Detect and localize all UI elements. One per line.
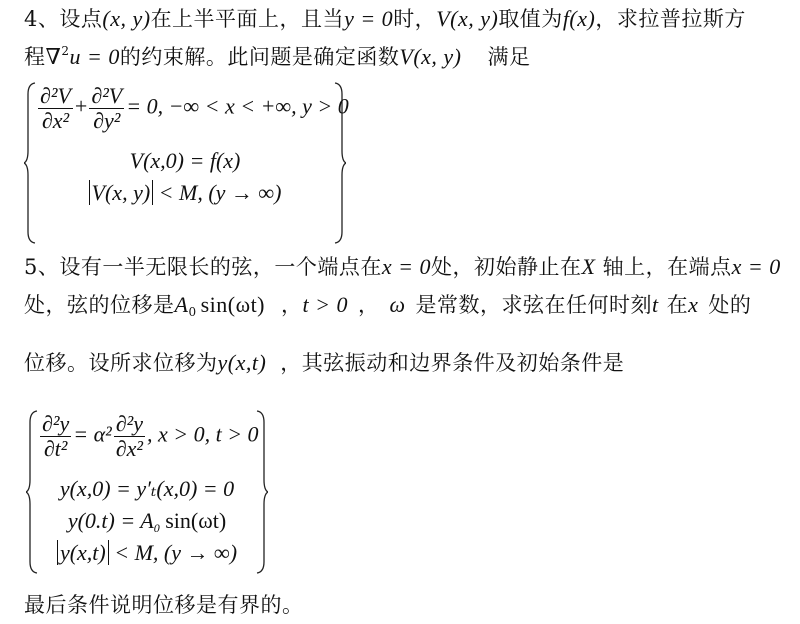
problem5-line2: 处，弦的位移是A0sin(ωt)，t > 0，ω是常数，求弦在任何时刻t在x处的 [24,290,751,327]
bounded-condition: y(x,t) < M, (y → ∞) [26,540,268,566]
subscript: 0 [188,305,196,319]
equation-rest: < M, (y → ∞) [114,540,237,565]
text: 在 [667,293,689,317]
initial-condition: y(x,0) = y′ₜ(x,0) = 0 [26,476,268,502]
numerator: ∂²V [38,84,73,109]
math-omega: ω [389,292,405,317]
problem4-equation-system: ∂²V∂x²+∂²V∂y²= 0, −∞ < x < +∞, y > 0 V(x… [24,82,346,244]
text: 处，初始静止在 [431,255,582,279]
equation-part: sin(ωt) [160,508,226,533]
equation-rest: = 0, −∞ < x < +∞, y > 0 [126,94,348,119]
math-amplitude: A [175,292,189,317]
problem4-number: 4、设点 [24,7,102,31]
math-t: t [652,292,659,317]
math-sin: sin(ωt) [201,292,265,317]
text: 程 [24,45,46,69]
text: 是常数，求弦在任何时刻 [416,293,653,317]
text: 在上半平面上，且当 [151,7,345,31]
problem5-equation-system: ∂²y∂t²= α²∂²y∂x², x > 0, t > 0 y(x,0) = … [26,410,268,574]
abs-value: y(x,t) [57,540,109,565]
text: ，其弦振动和边界条件及初始条件是 [280,351,624,375]
bounded-condition: V(x, y) < M, (y → ∞) [24,180,346,206]
text: 处的 [708,293,751,317]
problem4-line2: 程∇2u = 0的约束解。此问题是确定函数V(x, y)满足 [24,36,531,72]
text: 的约束解。此问题是确定函数 [120,45,400,69]
equation-part: y(0.t) = A [68,508,154,533]
text: ，求拉普拉斯方 [595,7,746,31]
plus-sign: + [75,94,87,119]
math-x0: x = 0 [732,254,781,279]
text: 处，弦的位移是 [24,293,175,317]
nabla-symbol: ∇ [46,44,62,69]
equation-mid: = α² [73,422,112,447]
superscript: 2 [61,44,69,58]
denominator: ∂x² [38,109,73,133]
numerator: ∂²V [89,84,124,109]
math-x: x [688,292,698,317]
numerator: ∂²y [40,412,71,437]
math-laplace-eq: u = 0 [70,44,120,69]
denominator: ∂y² [89,109,124,133]
equation-rest: < M, (y → ∞) [159,180,282,205]
text: 5、设有一半无限长的弦，一个端点在 [24,255,382,279]
abs-value: V(x, y) [89,180,154,205]
problem5-line3: 位移。设所求位移为y(x,t)，其弦振动和边界条件及初始条件是 [24,348,624,378]
text: 位移。设所求位移为 [24,351,218,375]
math-function-v: V(x, y) [436,6,498,31]
pde-laplace: ∂²V∂x²+∂²V∂y²= 0, −∞ < x < +∞, y > 0 [36,84,346,133]
math-t-condition: t > 0 [303,292,348,317]
math-x0: x = 0 [382,254,431,279]
math-point: (x, y) [102,6,150,31]
text: ， [358,293,380,317]
equation-rest: , x > 0, t > 0 [147,422,259,447]
wave-equation: ∂²y∂t²= α²∂²y∂x², x > 0, t > 0 [38,412,268,461]
text: 满足 [488,45,531,69]
text: 轴上，在端点 [603,255,732,279]
math-x-axis: X [581,254,595,279]
text: 时， [393,7,436,31]
boundary-condition: V(x,0) = f(x) [24,148,346,174]
math-condition: y = 0 [344,6,393,31]
text: 取值为 [498,7,563,31]
denominator: ∂t² [40,437,71,461]
problem4-line1: 4、设点(x, y)在上半平面上，且当y = 0时，V(x, y)取值为f(x)… [24,4,746,34]
problem5-line1: 5、设有一半无限长的弦，一个端点在x = 0处，初始静止在X 轴上，在端点x =… [24,252,781,282]
denominator: ∂x² [114,437,145,461]
conclusion: 最后条件说明位移是有界的。 [24,590,304,620]
math-function-f: f(x) [563,6,596,31]
math-function-v: V(x, y) [399,44,461,69]
math-displacement: y(x,t) [218,350,267,375]
text: ， [281,293,303,317]
boundary-condition: y(0.t) = A0 sin(ωt) [26,508,268,536]
numerator: ∂²y [114,412,145,437]
